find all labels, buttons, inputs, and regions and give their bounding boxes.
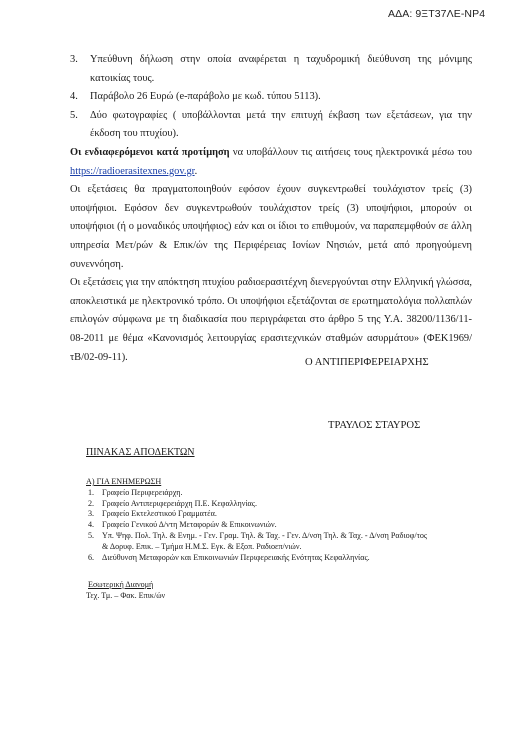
recipient-item: 6. Διεύθυνση Μεταφορών και Επικοινωνιών …: [86, 553, 431, 564]
preference-lead: Οι ενδιαφερόμενοι κατά προτίμηση: [70, 147, 230, 158]
recipient-item: 4. Γραφείο Γενικού Δ/ντη Μεταφορών & Επι…: [86, 520, 431, 531]
recipients-title: ΠΙΝΑΚΑΣ ΑΠΟΔΕΚΤΩΝ: [86, 447, 195, 458]
list-text: Υπεύθυνη δήλωση στην οποία αναφέρεται η …: [90, 54, 472, 84]
requirements-list: 3. Υπεύθυνη δήλωση στην οποία αναφέρεται…: [70, 51, 472, 144]
ada-code: ΑΔΑ: 9ΞΤ37ΛΕ-ΝΡ4: [388, 8, 485, 20]
recipient-text: Γραφείο Εκτελεστικού Γραμματέα.: [102, 509, 217, 518]
recipient-number: 3.: [88, 509, 94, 520]
preference-paragraph: Οι ενδιαφερόμενοι κατά προτίμηση να υποβ…: [70, 144, 472, 181]
recipient-number: 4.: [88, 520, 94, 531]
recipients-block: Α) ΓΙΑ ΕΝΗΜΕΡΩΣΗ 1. Γραφείο Περιφερειάρχ…: [86, 477, 431, 563]
list-text: Παράβολο 26 Ευρώ (e-παράβολο με κωδ. τύπ…: [90, 91, 321, 102]
list-number: 4.: [70, 88, 78, 107]
recipient-item: 1. Γραφείο Περιφερειάρχη.: [86, 488, 431, 499]
recipient-item: 3. Γραφείο Εκτελεστικού Γραμματέα.: [86, 509, 431, 520]
preference-text: να υποβάλλουν τις αιτήσεις τους ηλεκτρον…: [230, 147, 472, 158]
recipient-number: 1.: [88, 488, 94, 499]
list-item: 3. Υπεύθυνη δήλωση στην οποία αναφέρεται…: [70, 51, 472, 88]
recipient-number: 6.: [88, 553, 94, 564]
recipient-number: 5.: [88, 531, 94, 542]
recipient-text: Γραφείο Γενικού Δ/ντη Μεταφορών & Επικοι…: [102, 520, 277, 529]
list-number: 3.: [70, 51, 78, 70]
recipient-text: Γραφείο Περιφερειάρχη.: [102, 488, 183, 497]
radioerasitexnes-link[interactable]: https://radioerasitexnes.gov.gr: [70, 166, 195, 177]
recipient-number: 2.: [88, 499, 94, 510]
list-item: 5. Δύο φωτογραφίες ( υποβάλλονται μετά τ…: [70, 107, 472, 144]
recipient-text: Διεύθυνση Μεταφορών και Επικοινωνιών Περ…: [102, 553, 370, 562]
list-text: Δύο φωτογραφίες ( υποβάλλονται μετά την …: [90, 110, 472, 140]
recipients-section-title: Α) ΓΙΑ ΕΝΗΜΕΡΩΣΗ: [86, 477, 431, 488]
signature-name: ΤΡΑΥΛΟΣ ΣΤΑΥΡΟΣ: [328, 420, 420, 431]
internal-distribution-line: Τεχ. Τμ. – Φακ. Επικ/ών: [86, 591, 165, 602]
list-number: 5.: [70, 107, 78, 126]
internal-distribution-title: Εσωτερική Διανομή: [86, 580, 165, 591]
recipient-text: Γραφείο Αντιπεριφερειάρχη Π.Ε. Κεφαλληνί…: [102, 499, 257, 508]
list-item: 4. Παράβολο 26 Ευρώ (e-παράβολο με κωδ. …: [70, 88, 472, 107]
exam-procedure-paragraph: Οι εξετάσεις για την απόκτηση πτυχίου ρα…: [70, 274, 472, 367]
recipient-item: 5. Υπ. Ψηφ. Πολ. Τηλ. & Ενημ. - Γεν. Γρα…: [86, 531, 431, 553]
internal-distribution: Εσωτερική Διανομή Τεχ. Τμ. – Φακ. Επικ/ώ…: [86, 580, 165, 602]
document-body: 3. Υπεύθυνη δήλωση στην οποία αναφέρεται…: [70, 51, 472, 367]
recipient-item: 2. Γραφείο Αντιπεριφερειάρχη Π.Ε. Κεφαλλ…: [86, 499, 431, 510]
recipient-text: Υπ. Ψηφ. Πολ. Τηλ. & Ενημ. - Γεν. Γραμ. …: [102, 531, 427, 551]
recipients-list: 1. Γραφείο Περιφερειάρχη. 2. Γραφείο Αντ…: [86, 488, 431, 564]
signature-title: Ο ΑΝΤΙΠΕΡΙΦΕΡΕΙΑΡΧΗΣ: [305, 357, 429, 368]
exam-conditions-paragraph: Οι εξετάσεις θα πραγματοποιηθούν εφόσον …: [70, 181, 472, 274]
preference-end: .: [195, 166, 198, 177]
